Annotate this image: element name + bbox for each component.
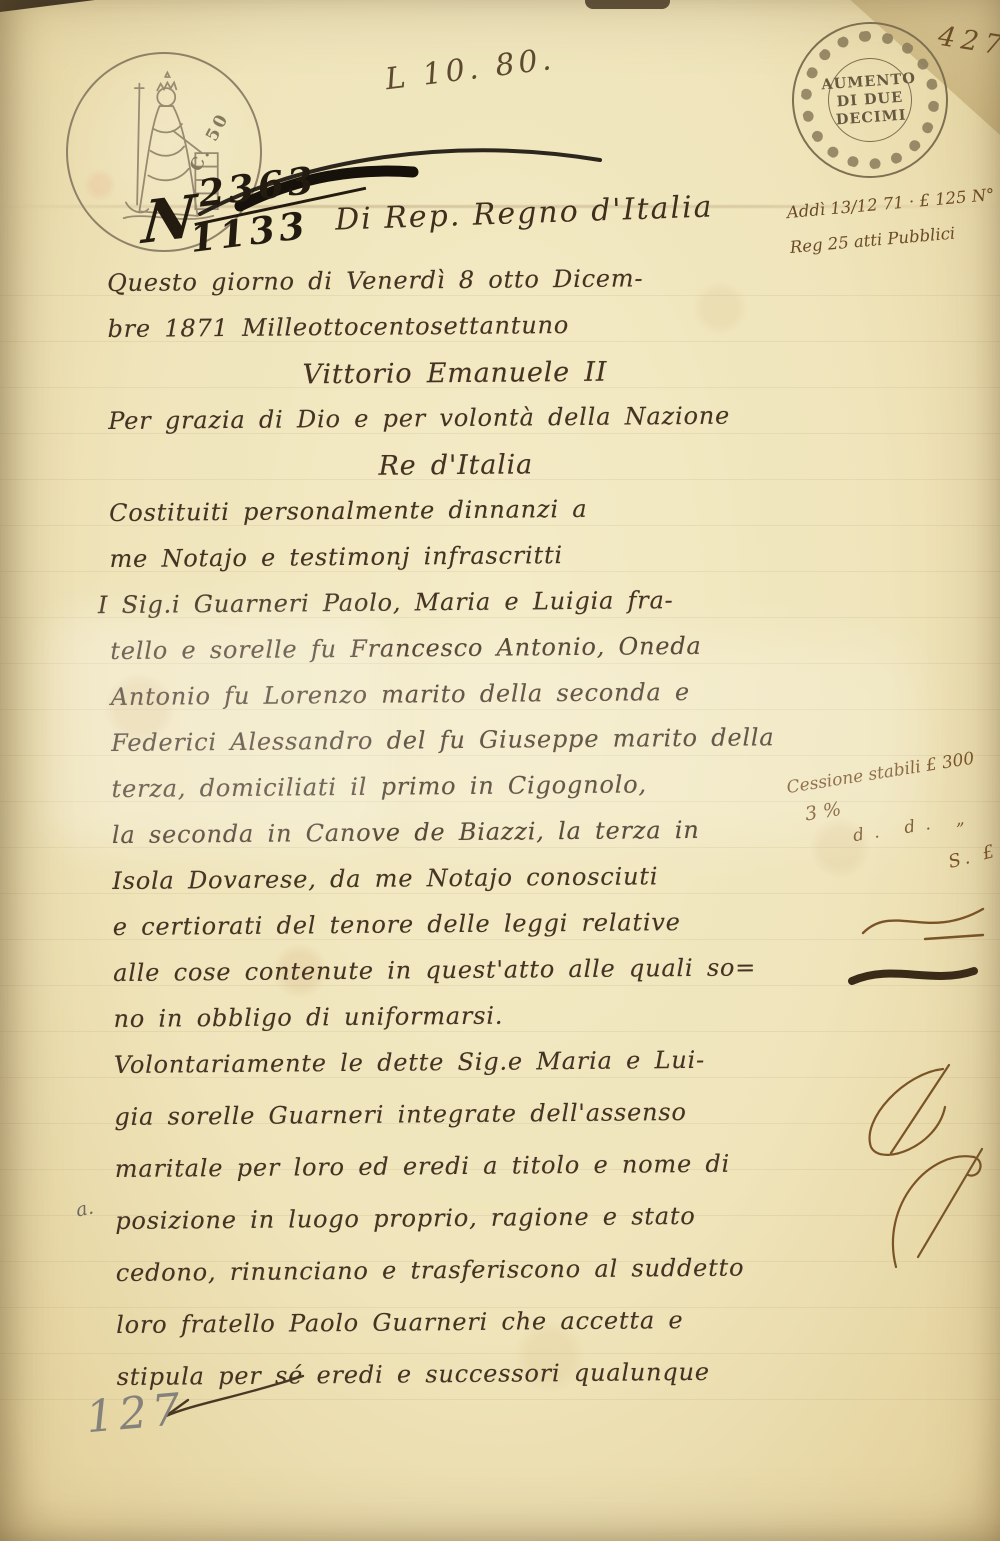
manuscript-page: C. 50 L 10. 80. AUMENTO DI DUE DECIMI 42… — [0, 0, 1000, 1541]
document-heading: Di Rep. Regno d'Italia — [335, 189, 715, 237]
deed-body-text: Questo giorno di Venerdì 8 otto Dicem- b… — [107, 263, 811, 1415]
body-line: Per grazia di Dio e per volontà della Na… — [108, 401, 802, 453]
body-line: maritale per loro ed eredi a titolo e no… — [115, 1149, 809, 1207]
handwritten-fee-note: L 10. 80. — [384, 42, 557, 98]
scan-edge-artifact — [0, 0, 95, 12]
margin-note-registration: Addì 13/12 71 · £ 125 N° 19 Reg 25 atti … — [785, 176, 1000, 265]
registration-letter: N — [140, 187, 198, 253]
body-line: loro fratello Paolo Guarneri che accetta… — [116, 1305, 810, 1363]
body-line: me Notajo e testimonj infrascritti — [109, 539, 803, 591]
ink-paraph — [845, 1055, 975, 1165]
body-line: Isola Dovarese, da me Notajo conosciuti — [112, 861, 806, 913]
body-line-king-title: Vittorio Emanuele II — [108, 355, 802, 407]
stamp-text: AUMENTO DI DUE DECIMI — [821, 70, 919, 131]
body-line: tello e sorelle fu Francesco Antonio, On… — [110, 631, 804, 683]
pencil-page-number: 127 — [84, 1384, 187, 1443]
body-line: Federici Alessandro del fu Giuseppe mari… — [111, 723, 805, 775]
body-line: alle cose contenute in quest'atto alle q… — [113, 953, 807, 1005]
pencil-margin-mark: a. — [74, 1196, 96, 1221]
ink-paraph — [878, 1135, 1000, 1280]
body-line: no in obbligo di uniformarsi. — [113, 999, 807, 1051]
body-line: Costituiti personalmente dinnanzi a — [109, 493, 803, 545]
margin-note-cession: Cessione stabili £ 300 3 % d. d. „ — [785, 738, 1000, 859]
body-line: Questo giorno di Venerdì 8 otto Dicem- — [107, 263, 801, 315]
body-line: terza, domiciliati il primo in Cigognolo… — [111, 769, 805, 821]
body-line: e certiorati del tenore delle leggi rela… — [113, 907, 807, 959]
margin-note-fragment: S. £ — [946, 840, 1000, 873]
body-line: Antonio fu Lorenzo marito della seconda … — [111, 677, 805, 729]
body-line: I Sig.i Guarneri Paolo, Maria e Luigia f… — [98, 585, 804, 637]
body-line: la seconda in Canove de Biazzi, la terza… — [112, 815, 806, 867]
ink-blot-stroke — [840, 955, 985, 995]
body-line: Volontariamente le dette Sig.e Maria e L… — [114, 1045, 808, 1103]
body-line: gia sorelle Guarneri integrate dell'asse… — [114, 1097, 808, 1155]
body-line: bre 1871 Milleottocentosettantuno — [107, 309, 801, 361]
ink-paraph — [855, 895, 990, 955]
body-line: posizione in luogo proprio, ragione e st… — [115, 1201, 809, 1259]
body-line: cedono, rinunciano e trasferiscono al su… — [116, 1253, 810, 1311]
body-line: stipula per sé eredi e successori qualun… — [117, 1357, 811, 1415]
scan-edge-artifact — [585, 0, 670, 9]
body-line-re-ditalia: Re d'Italia — [109, 447, 803, 499]
